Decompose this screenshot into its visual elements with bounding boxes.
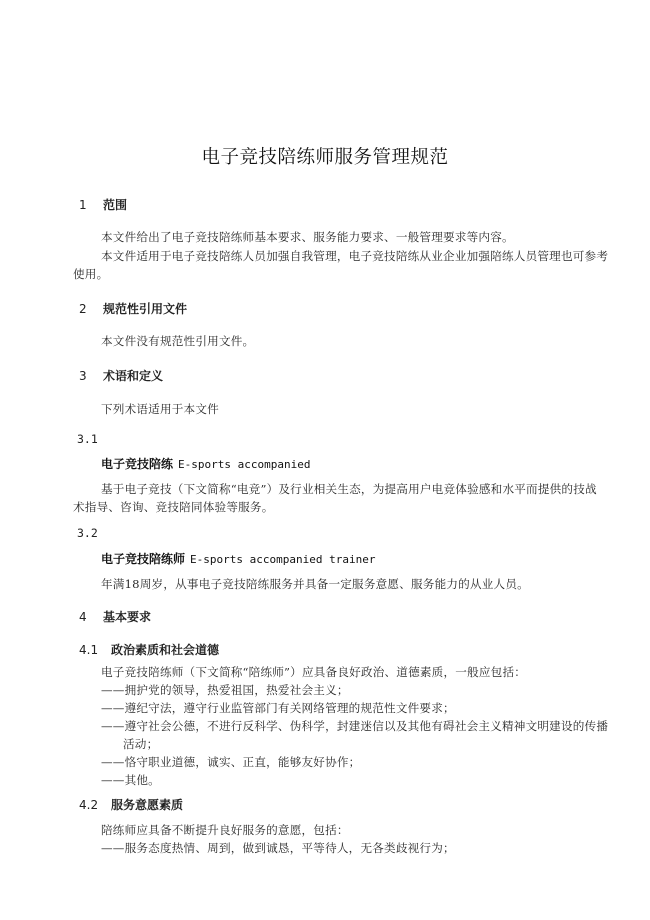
term-en: E-sports accompanied trainer [190, 553, 375, 566]
term-definition: 基于电子竞技（下文简称“电竞”）及行业相关生态，为提高用户电竞体验感和水平而提供… [101, 481, 597, 497]
term-cn: 电子竞技陪练师 [101, 552, 185, 566]
term-definition-continuation: 术指导、咨询、竞技陪同体验等服务。 [73, 499, 274, 515]
subsection-number: 4.1 [79, 643, 111, 657]
term-entry: 电子竞技陪练师E-sports accompanied trainer [101, 550, 375, 567]
term-number: 3.2 [77, 526, 98, 540]
paragraph: 下列术语适用于本文件 [101, 401, 219, 417]
section-title: 范围 [103, 198, 127, 212]
section-4-heading: 4基本要求 [79, 608, 151, 625]
document-title: 电子竞技陪练师服务管理规范 [0, 143, 650, 169]
paragraph: 本文件给出了电子竞技陪练师基本要求、服务能力要求、一般管理要求等内容。 [101, 229, 514, 245]
subsection-title: 服务意愿素质 [111, 798, 183, 812]
term-number: 3.1 [77, 432, 98, 446]
term-cn: 电子竞技陪练 [101, 457, 173, 471]
list-item: ——服务态度热情、周到，做到诚恳，平等待人，无各类歧视行为； [101, 840, 455, 856]
document-page: 电子竞技陪练师服务管理规范 1范围 本文件给出了电子竞技陪练师基本要求、服务能力… [0, 0, 650, 920]
paragraph: 陪练师应具备不断提升良好服务的意愿，包括： [101, 822, 349, 838]
section-title: 术语和定义 [103, 369, 163, 383]
section-title: 规范性引用文件 [103, 302, 187, 316]
subsection-number: 4.2 [79, 798, 111, 812]
list-item: ——遵纪守法，遵守行业监管部门有关网络管理的规范性文件要求； [101, 700, 455, 716]
list-item: ——恪守职业道德，诚实、正直，能够友好协作； [101, 754, 360, 770]
section-number: 3 [79, 369, 103, 383]
paragraph: 本文件适用于电子竞技陪练人员加强自我管理，电子竞技陪练从业企业加强陪练人员管理也… [101, 248, 608, 264]
term-entry: 电子竞技陪练E-sports accompanied [101, 455, 310, 472]
paragraph: 本文件没有规范性引用文件。 [101, 333, 254, 349]
paragraph: 电子竞技陪练师（下文简称“陪练师”）应具备良好政治、道德素质，一般应包括： [101, 664, 526, 680]
list-item: ——遵守社会公德，不进行反科学、伪科学，封建迷信以及其他有碍社会主义精神文明建设… [101, 718, 608, 734]
list-item-continuation: 活动； [123, 736, 158, 752]
subsection-title: 政治素质和社会道德 [111, 643, 219, 657]
list-item: ——其他。 [101, 772, 160, 788]
subsection-4-2-heading: 4.2服务意愿素质 [79, 796, 183, 813]
list-item: ——拥护党的领导，热爱祖国，热爱社会主义； [101, 682, 349, 698]
section-number: 1 [79, 198, 103, 212]
section-1-heading: 1范围 [79, 196, 127, 213]
subsection-4-1-heading: 4.1政治素质和社会道德 [79, 641, 219, 658]
paragraph-continuation: 使用。 [73, 266, 108, 282]
section-number: 2 [79, 302, 103, 316]
term-en: E-sports accompanied [178, 458, 310, 471]
section-2-heading: 2规范性引用文件 [79, 300, 187, 317]
section-title: 基本要求 [103, 610, 151, 624]
section-3-heading: 3术语和定义 [79, 367, 163, 384]
section-number: 4 [79, 610, 103, 624]
term-definition: 年满18周岁，从事电子竞技陪练服务并具备一定服务意愿、服务能力的从业人员。 [101, 576, 529, 592]
